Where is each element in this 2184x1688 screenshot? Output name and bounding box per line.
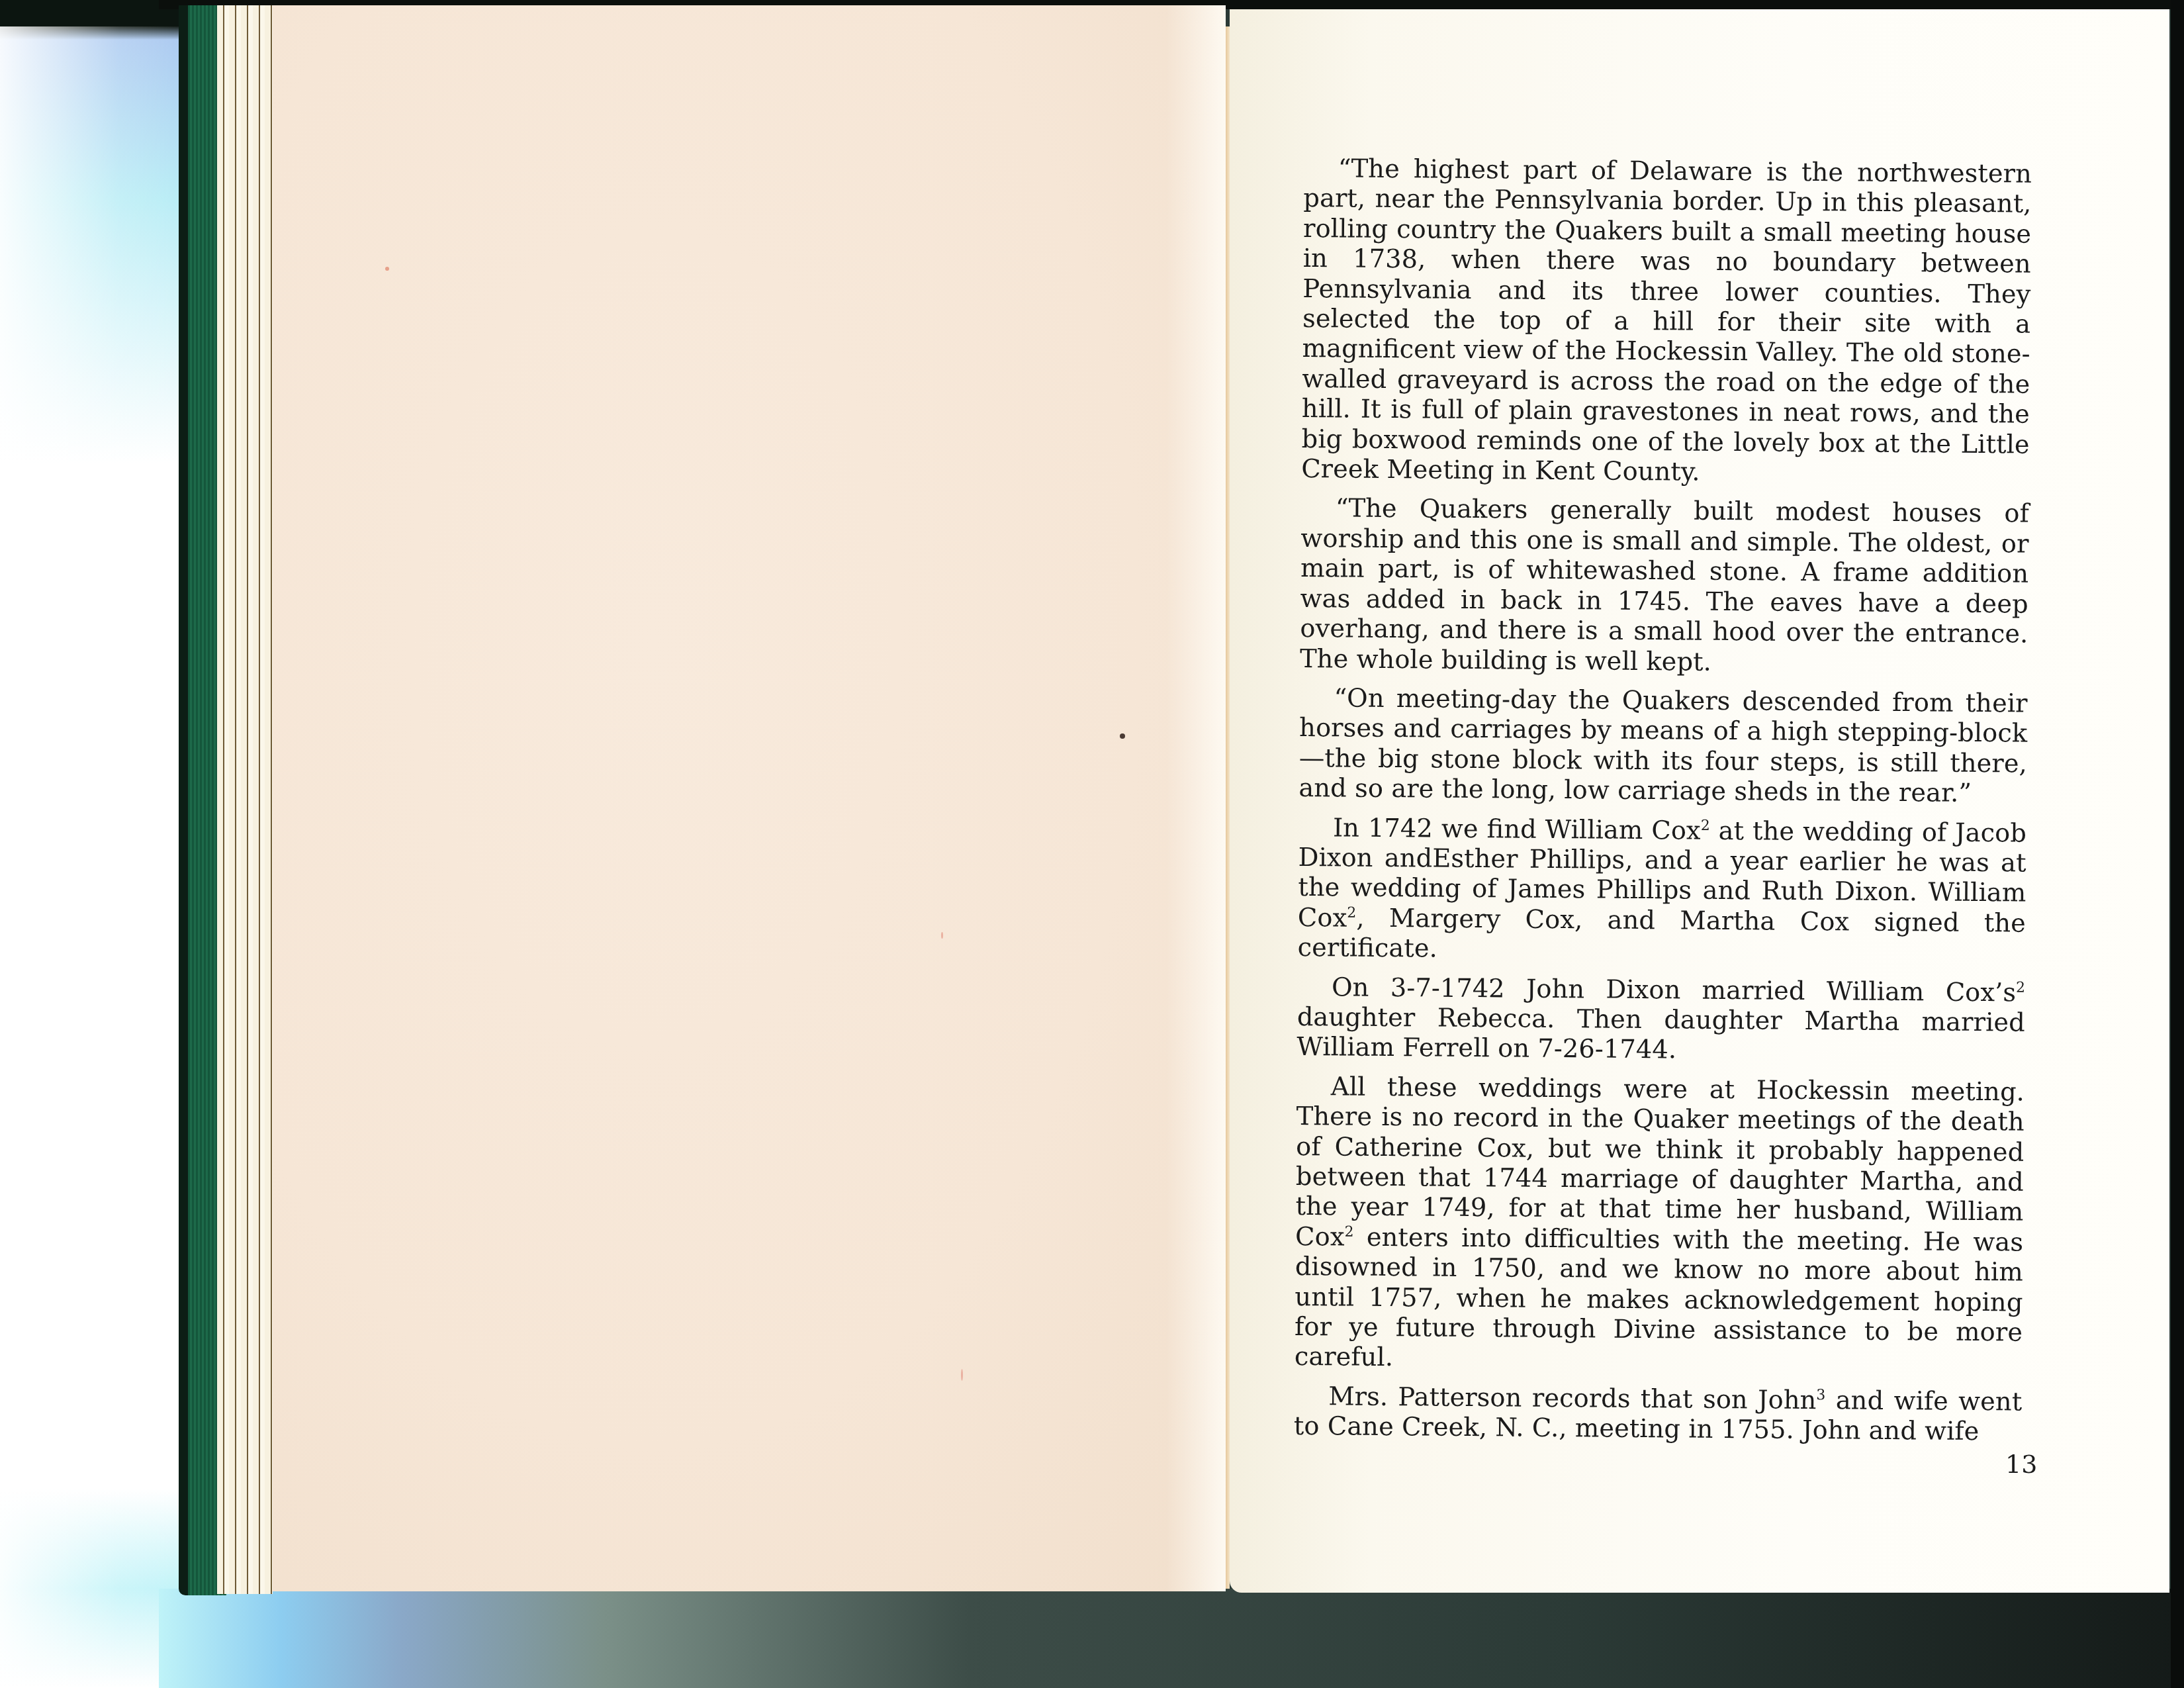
paragraph-hockessin-location: “The highest part of Delaware is the nor… <box>1301 154 2032 490</box>
paper-speck <box>1120 733 1125 739</box>
paragraph-1742-weddings: In 1742 we find William Cox2 at the wedd… <box>1297 813 2026 969</box>
paper-speck <box>961 1369 963 1381</box>
page-edges-stack <box>217 5 273 1594</box>
paragraph-dixon-marriage: On 3-7-1742 John Dixon married William C… <box>1297 972 2025 1068</box>
paragraph-meeting-day: “On meeting-day the Quakers descended fr… <box>1298 683 2027 809</box>
paragraph-patterson-records: Mrs. Patterson records that son John3 an… <box>1294 1382 2023 1447</box>
left-page-blank <box>273 5 1226 1591</box>
footnote-generation-marker: 2 <box>1347 904 1356 921</box>
footnote-generation-marker: 3 <box>1816 1387 1825 1403</box>
footnote-generation-marker: 2 <box>2016 979 2025 996</box>
page-number: 13 <box>2005 1450 2037 1479</box>
footnote-generation-marker: 2 <box>1701 817 1710 833</box>
scan-backdrop-bottom <box>159 1589 2184 1688</box>
paper-speck <box>385 267 389 271</box>
body-text: “The highest part of Delaware is the nor… <box>1294 154 2032 1456</box>
scan-backdrop-left <box>0 0 199 1688</box>
footnote-generation-marker: 2 <box>1344 1224 1353 1241</box>
paper-speck <box>941 932 943 939</box>
right-page: “The highest part of Delaware is the nor… <box>1230 9 2169 1593</box>
scan-right-edge <box>2171 0 2184 1688</box>
paragraph-meeting-house: “The Quakers generally built modest hous… <box>1300 493 2029 679</box>
paragraph-catherine-cox: All these weddings were at Hockessin mee… <box>1295 1072 2025 1378</box>
